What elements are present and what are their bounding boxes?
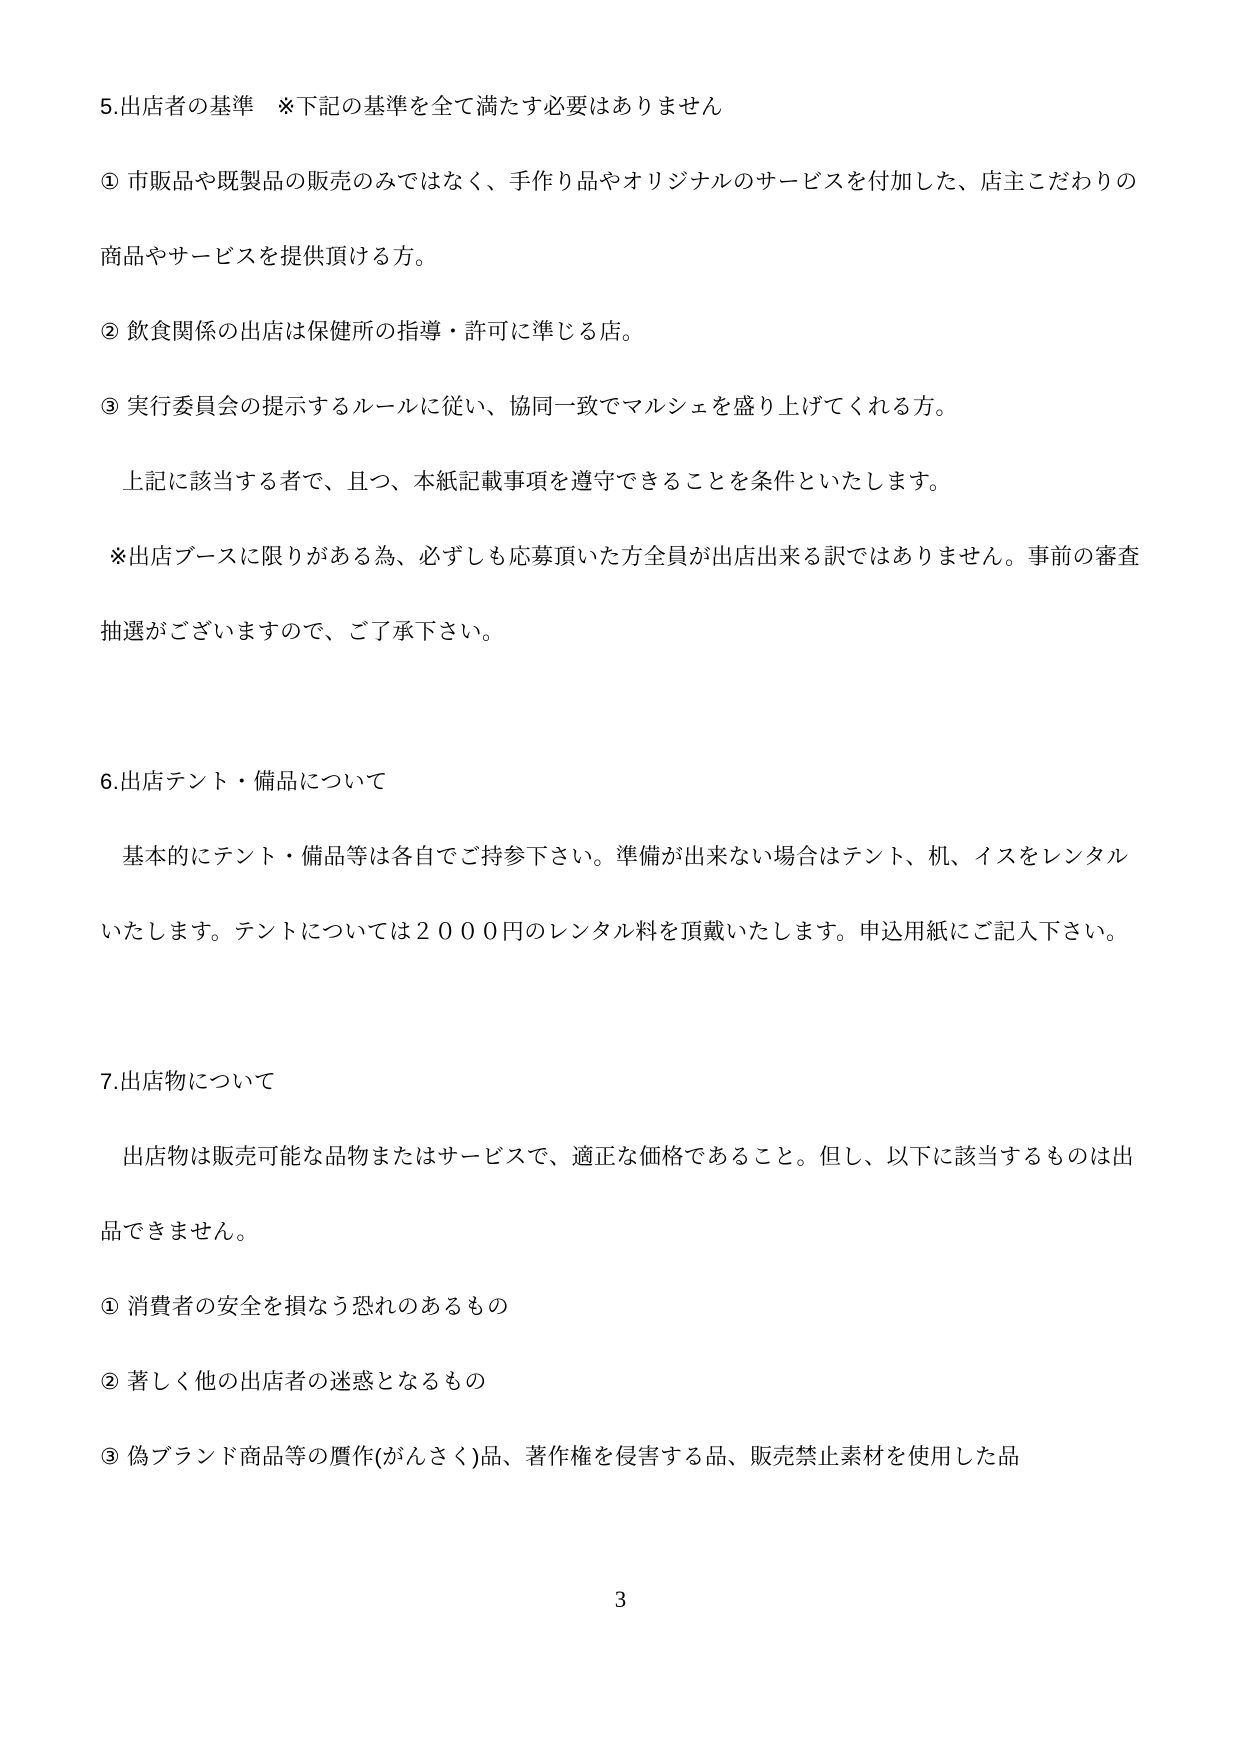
page-number: 3	[100, 1588, 1141, 1612]
paragraph-line: ③ 偽ブランド商品等の贋作(がんさく)品、著作権を侵害する品、販売禁止素材を使用…	[100, 1445, 1146, 1469]
paragraph-line: 出店物は販売可能な品物またはサービスで、適正な価格であること。但し、以下に該当す…	[100, 1145, 1146, 1169]
section-tent-equipment: 6.出店テント・備品について 基本的にテント・備品等は各自でご持参下さい。準備が…	[100, 695, 1146, 944]
paragraph-line: ② 飲食関係の出店は保健所の指導・許可に準じる店。	[100, 320, 1146, 344]
section-heading-7: 7.出店物について	[100, 1070, 1146, 1094]
paragraph-line: 上記に該当する者で、且つ、本紙記載事項を遵守できることを条件といたします。	[100, 470, 1146, 494]
paragraph-line: ③ 実行委員会の提示するルールに従い、協同一致でマルシェを盛り上げてくれる方。	[100, 395, 1146, 419]
paragraph-line: ① 市販品や既製品の販売のみではなく、手作り品やオリジナルのサービスを付加した、…	[100, 170, 1146, 194]
paragraph-line: ② 著しく他の出店者の迷惑となるもの	[100, 1370, 1146, 1394]
paragraph-line: ① 消費者の安全を損なう恐れのあるもの	[100, 1295, 1146, 1319]
section-heading-6: 6.出店テント・備品について	[100, 770, 1146, 794]
section-sale-items: 7.出店物について 出店物は販売可能な品物またはサービスで、適正な価格であること…	[100, 995, 1146, 1469]
document-body: 5.出店者の基準 ※下記の基準を全て満たす必要はありません ① 市販品や既製品の…	[0, 0, 1241, 1469]
paragraph-line: 商品やサービスを提供頂ける方。	[100, 245, 1146, 269]
section-heading-5: 5.出店者の基準 ※下記の基準を全て満たす必要はありません	[100, 95, 1146, 119]
paragraph-line: いたします。テントについては２０００円のレンタル料を頂戴いたします。申込用紙にご…	[100, 920, 1146, 944]
paragraph-line: ※出店ブースに限りがある為、必ずしも応募頂いた方全員が出店出来る訳ではありません…	[100, 545, 1146, 569]
paragraph-line: 抽選がございますので、ご了承下さい。	[100, 620, 1146, 644]
paragraph-line: 基本的にテント・備品等は各自でご持参下さい。準備が出来ない場合はテント、机、イス…	[100, 845, 1146, 869]
section-vendor-criteria: 5.出店者の基準 ※下記の基準を全て満たす必要はありません ① 市販品や既製品の…	[100, 95, 1146, 644]
paragraph-line: 品できません。	[100, 1220, 1146, 1244]
document-page: 5.出店者の基準 ※下記の基準を全て満たす必要はありません ① 市販品や既製品の…	[0, 0, 1241, 1754]
